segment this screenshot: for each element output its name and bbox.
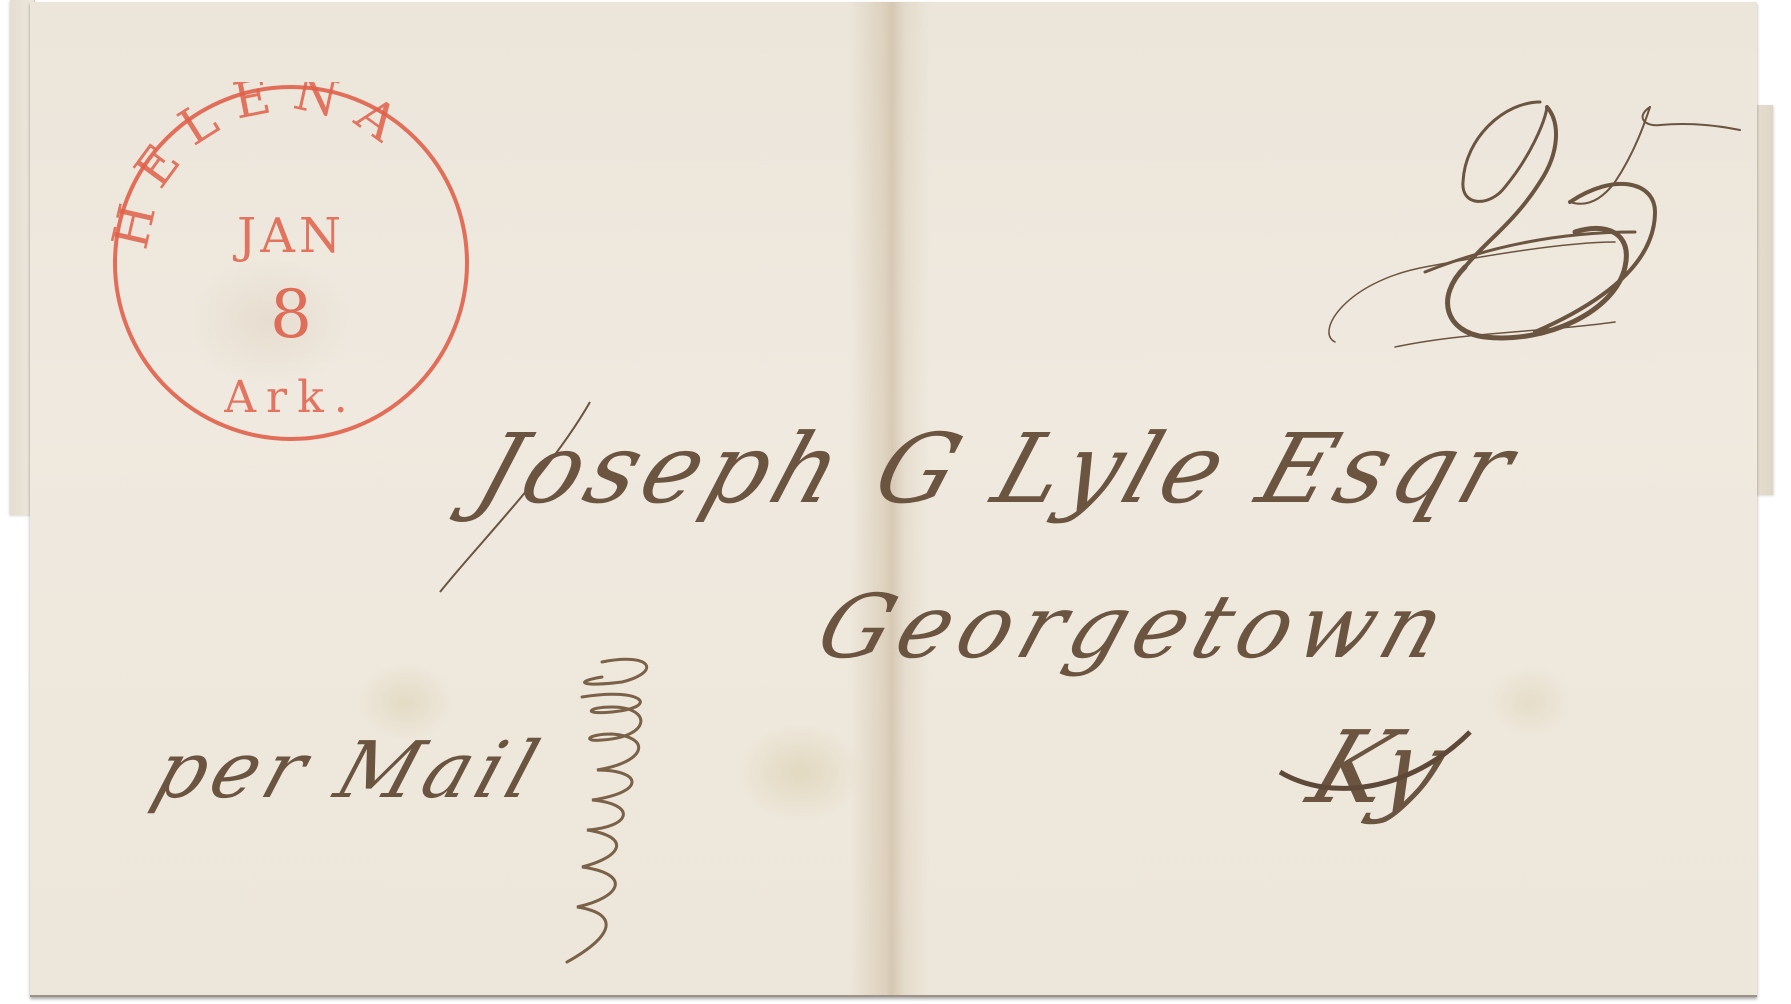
letter-sheet: HELENA JAN 8 Ark. 25 Joseph: [30, 2, 1757, 997]
rate-25-glyph-icon: 25: [1315, 82, 1755, 362]
helena-postmark: HELENA JAN 8 Ark.: [110, 82, 472, 444]
manuscript-rate: 25: [1315, 82, 1755, 362]
address-city: Georgetown: [805, 576, 1464, 678]
address-state: Ky: [1293, 710, 1464, 826]
address-name: Joseph G Lyle Esqr: [447, 414, 1532, 525]
flourish-squiggle: [542, 652, 662, 972]
postmark-state: Ark.: [223, 372, 357, 423]
postmark-circle-icon: HELENA JAN 8 Ark.: [110, 82, 472, 444]
postmark-day: 8: [270, 276, 312, 353]
address-name-line: Joseph G Lyle Esqr: [440, 382, 1690, 582]
rate-value: 25: [1315, 82, 1335, 86]
address-city-line: Georgetown: [730, 572, 1450, 722]
endorsement-per-mail: per Mail: [140, 702, 580, 862]
postmark-month: JAN: [232, 208, 345, 264]
squiggle-flourish-icon: [542, 652, 662, 972]
address-state-line: Ky: [1270, 702, 1590, 902]
endorsement-text: per Mail: [143, 725, 555, 816]
